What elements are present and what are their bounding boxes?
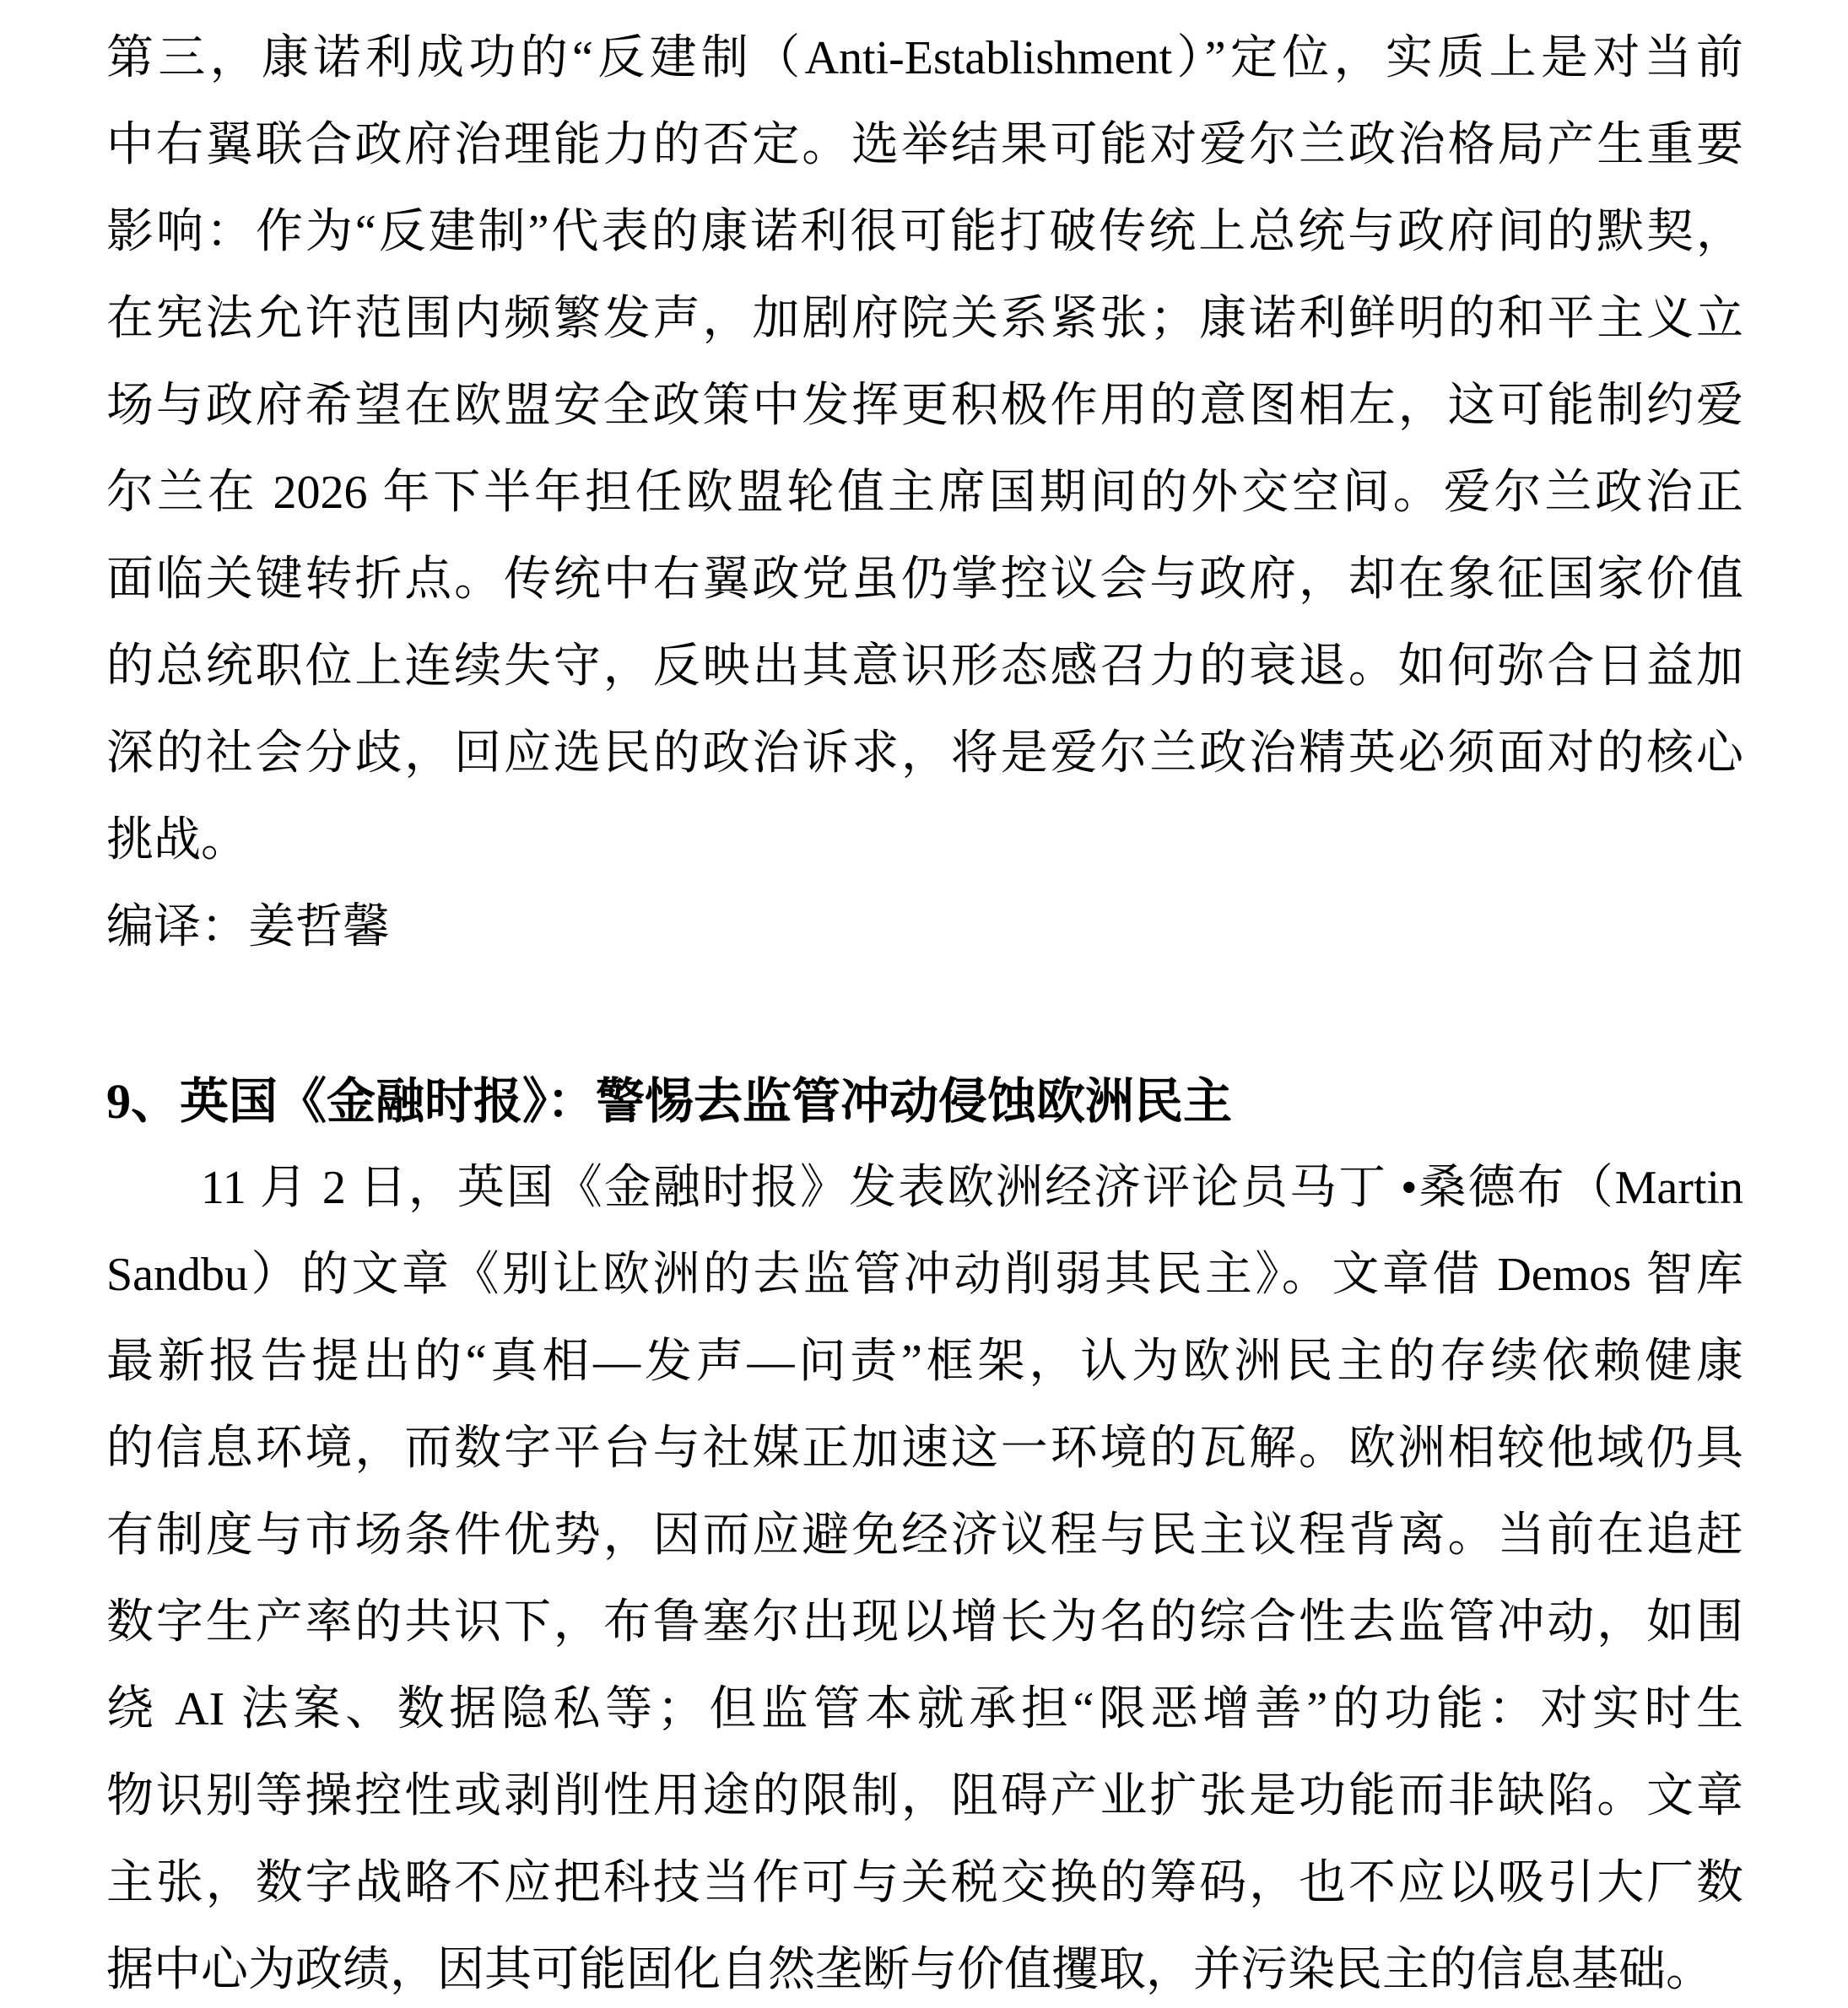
text-line: 数字生产率的共识下，布鲁塞尔出现以增长为名的综合性去监管冲动，如围: [106, 1579, 1743, 1666]
text-line: 场与政府希望在欧盟安全政策中发挥更积极作用的意图相左，这可能制约爱: [106, 363, 1743, 450]
text-line: 在宪法允许范围内频繁发声，加剧府院关系紧张；康诺利鲜明的和平主义立: [106, 276, 1743, 363]
text-line: 尔兰在 2026 年下半年担任欧盟轮值主席国期间的外交空间。爱尔兰政治正: [106, 450, 1743, 537]
section-heading: 9、英国《金融时报》：警惕去监管冲动侵蚀欧洲民主: [106, 1058, 1743, 1145]
text-line: 第三，康诺利成功的“反建制（Anti-Establishment）”定位，实质上…: [106, 15, 1743, 102]
text-line: 有制度与市场条件优势，因而应避免经济议程与民主议程背离。当前在追赶: [106, 1493, 1743, 1579]
paragraph-ft-article: 11 月 2 日，英国《金融时报》发表欧洲经济评论员马丁 •桑德布（Martin…: [106, 1145, 1743, 2008]
text-line: 最新报告提出的“真相—发声—问责”框架，认为欧洲民主的存续依赖健康: [106, 1319, 1743, 1406]
text-line: 主张，数字战略不应把科技当作可与关税交换的筹码，也不应以吸引大厂数: [106, 1840, 1743, 1927]
text-line: 面临关键转折点。传统中右翼政党虽仍掌控议会与政府，却在象征国家价值: [106, 537, 1743, 623]
text-line: Sandbu）的文章《别让欧洲的去监管冲动削弱其民主》。文章借 Demos 智库: [106, 1232, 1743, 1319]
text-line: 影响：作为“反建制”代表的康诺利很可能打破传统上总统与政府间的默契，: [106, 189, 1743, 276]
text-line: 中右翼联合政府治理能力的否定。选举结果可能对爱尔兰政治格局产生重要: [106, 102, 1743, 189]
text-line: 据中心为政绩，因其可能固化自然垄断与价值攫取，并污染民主的信息基础。: [106, 1927, 1743, 2008]
document-page: 第三，康诺利成功的“反建制（Anti-Establishment）”定位，实质上…: [106, 15, 1743, 2008]
text-line: 物识别等操控性或剥削性用途的限制，阻碍产业扩张是功能而非缺陷。文章: [106, 1753, 1743, 1840]
paragraph-gap: [106, 971, 1743, 1058]
text-line: 11 月 2 日，英国《金融时报》发表欧洲经济评论员马丁 •桑德布（Martin: [106, 1145, 1743, 1232]
translator-line: 编译：姜哲馨: [106, 884, 1743, 971]
text-line: 挑战。: [106, 797, 1743, 884]
text-line: 的总统职位上连续失守，反映出其意识形态感召力的衰退。如何弥合日益加: [106, 623, 1743, 710]
text-line: 绕 AI 法案、数据隐私等；但监管本就承担“限恶增善”的功能：对实时生: [106, 1666, 1743, 1753]
paragraph-ireland-analysis: 第三，康诺利成功的“反建制（Anti-Establishment）”定位，实质上…: [106, 15, 1743, 884]
text-line: 深的社会分歧，回应选民的政治诉求，将是爱尔兰政治精英必须面对的核心: [106, 710, 1743, 797]
text-line: 的信息环境，而数字平台与社媒正加速这一环境的瓦解。欧洲相较他域仍具: [106, 1406, 1743, 1493]
